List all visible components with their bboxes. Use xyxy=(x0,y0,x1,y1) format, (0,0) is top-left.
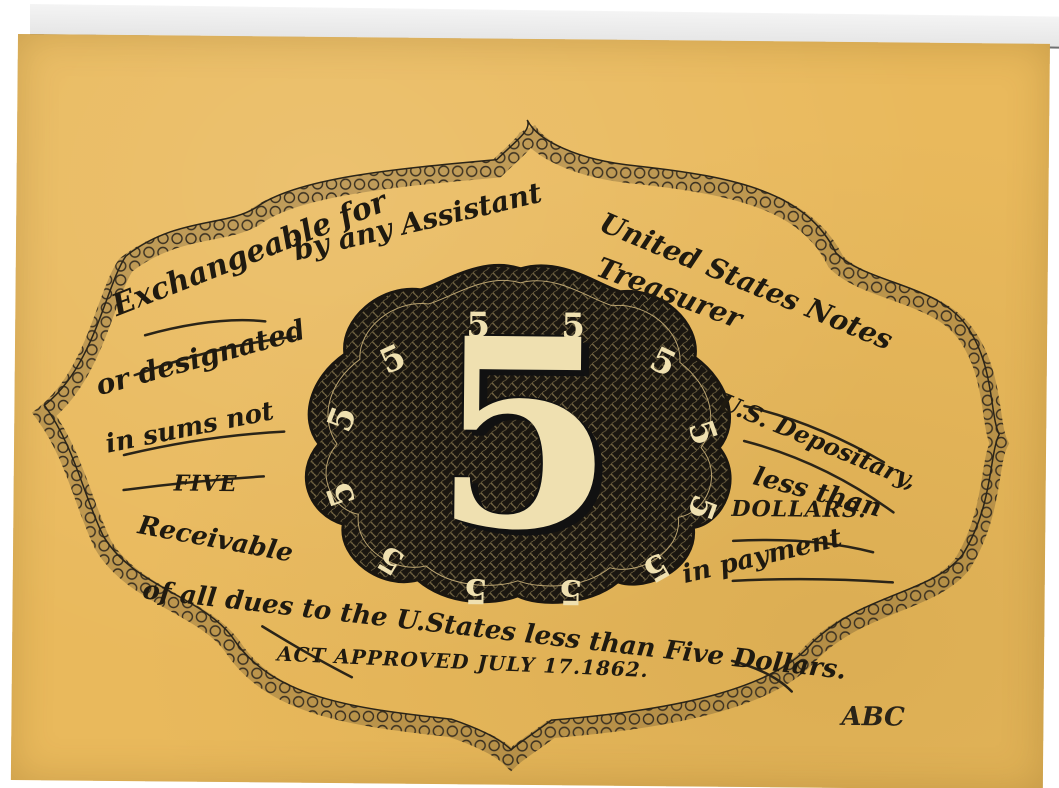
inscription-dollars: DOLLARS. xyxy=(731,496,867,523)
inscription-five: FIVE xyxy=(174,471,238,498)
medallion-numeral: 5 xyxy=(460,305,496,345)
engraver-monogram: ABC xyxy=(841,702,905,733)
medallion-numeral: 5 xyxy=(555,306,591,346)
currency-note: 5 5 5 5 5 5 5 5 5 5 5 5 5 Exchangeable f… xyxy=(11,34,1050,788)
medallion-numeral: 5 xyxy=(552,571,588,611)
medallion-numeral: 5 xyxy=(457,570,493,610)
denomination-numeral: 5 xyxy=(423,310,625,562)
